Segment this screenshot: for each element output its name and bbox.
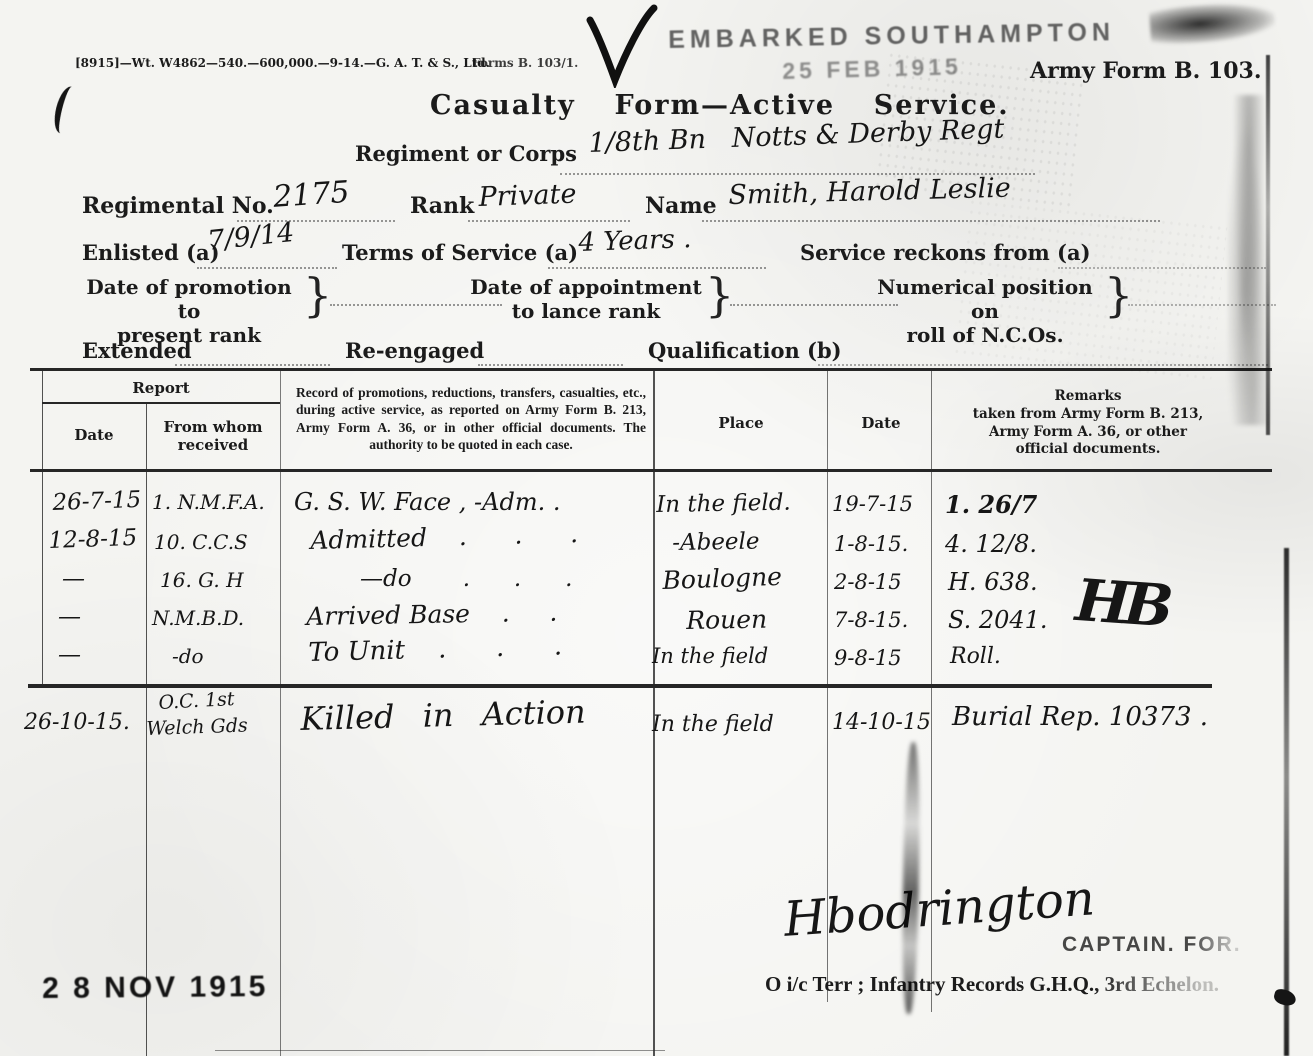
cell-record: —do . . . [360,566,572,592]
remarks-header: Remarks taken from Army Form B. 213, Arm… [938,388,1238,459]
cell-place: In the field [652,644,768,668]
name-label: Name [645,193,717,219]
regimental-no-label: Regimental No. [82,193,274,219]
cell-record: G. S. W. Face , -Adm. . [294,488,560,516]
signature: Hbodrington [782,870,1096,948]
table-section-rule [28,684,1212,688]
report-sub-rule [42,402,280,404]
ink-blot-bottom-right [1272,987,1297,1007]
cell-date: — [58,604,81,630]
cell-remarks: 4. 12/8. [945,530,1037,558]
from-whom-header: From whom received [150,418,276,454]
scan-noise-patch [873,50,1087,210]
re-engaged-label: Re-engaged [345,338,484,363]
re-engaged-underline [478,363,623,366]
date-header: Date [42,426,146,444]
cell-record: Admitted . . . [310,519,578,555]
cell-remarks: 1. 26/7 [945,490,1037,519]
forms-reference: Forms B. 103/1. [472,56,578,70]
qualification-label: Qualification (b) [648,338,842,363]
cell-record: To Unit . . . [308,631,562,668]
scan-blotch-right [1228,95,1270,425]
promotion-brace: } [303,268,332,322]
cell-place: Rouen [686,605,767,635]
cell-remarks: Burial Rep. 10373 . [952,702,1208,732]
cell-place: In the field [652,712,774,737]
checkmark-icon [582,4,664,88]
captain-stamp: CAPTAIN. FOR. [1062,933,1242,957]
bottom-partial-rule [215,1050,665,1051]
cell-remarks: H. 638. [948,568,1038,596]
rank-label: Rank [410,193,474,219]
regiment-label: Regiment or Corps [355,141,577,166]
cell-place: In the field. [656,490,791,518]
scan-noise-patch [952,197,1227,383]
printer-reference: [8915]—Wt. W4862—540.—600,000.—9-14.—G. … [75,56,490,70]
col-rule-from [280,370,281,1056]
rank-value: Private [478,179,577,213]
cell-from: N.M.B.D. [152,606,244,630]
cell-rdate: 14-10-15 [832,710,931,735]
extended-label: Extended [82,338,192,363]
cell-from-line1: O.C. 1st [158,688,235,714]
record-header: Record of promotions, reductions, transf… [296,384,646,453]
enlisted-value: 7/9/14 [206,217,296,257]
place-header: Place [655,414,827,432]
rank-underline [468,219,630,222]
appointment-label: Date of appointment to lance rank [470,275,702,323]
extended-underline [175,363,330,366]
promotion-label: Date of promotion to present rank [76,275,302,347]
cell-place: Boulogne [662,562,782,595]
cell-record: Killed in Action [300,693,586,738]
regimental-no-value: 2175 [272,175,351,215]
date2-header: Date [831,414,931,432]
cell-remarks: Roll. [950,644,1001,669]
office-line: O i/c Terr ; Infantry Records G.H.Q., 3r… [765,972,1219,997]
enlisted-label: Enlisted (a) [82,240,220,265]
monogram-initials: HB [1073,566,1169,640]
table-header-bottom-rule [30,469,1272,472]
received-date-stamp: 2 8 NOV 1915 [42,970,268,1006]
cell-rdate: 9-8-15 [834,646,902,670]
report-header: Report [42,379,280,397]
scan-edge-line-lower [1284,548,1289,1056]
cell-date: 26-10-15. [24,710,130,735]
terms-label: Terms of Service (a) [342,240,578,265]
cell-rdate: 2-8-15 [834,570,902,594]
pen-mark-left [50,84,81,135]
appointment-brace: } [705,268,734,322]
cell-rdate: 7-8-15. [834,608,908,632]
cell-record: Arrived Base . . [306,598,558,631]
cell-date: 26-7-15 [52,487,142,516]
cell-remarks: S. 2041. [948,606,1048,634]
scan-smudge-top-right [1149,0,1276,46]
cell-from-line2: Welch Gds [146,714,248,740]
cell-place: -Abeele [672,528,760,556]
cell-from: -do [172,644,204,668]
table-left-rule [42,370,43,686]
cell-from: 16. G. H [160,568,244,592]
cell-rdate: 1-8-15. [834,532,908,556]
casualty-form-document: [8915]—Wt. W4862—540.—600,000.—9-14.—G. … [0,0,1313,1056]
terms-value: 4 Years . [578,224,692,258]
cell-rdate: 19-7-15 [832,492,913,516]
cell-date: 12-8-15 [48,525,138,554]
cell-date: — [62,566,85,592]
cell-from: 1. N.M.F.A. [152,490,265,514]
cell-from: 10. C.C.S [154,530,248,554]
cell-date: — [58,642,81,668]
